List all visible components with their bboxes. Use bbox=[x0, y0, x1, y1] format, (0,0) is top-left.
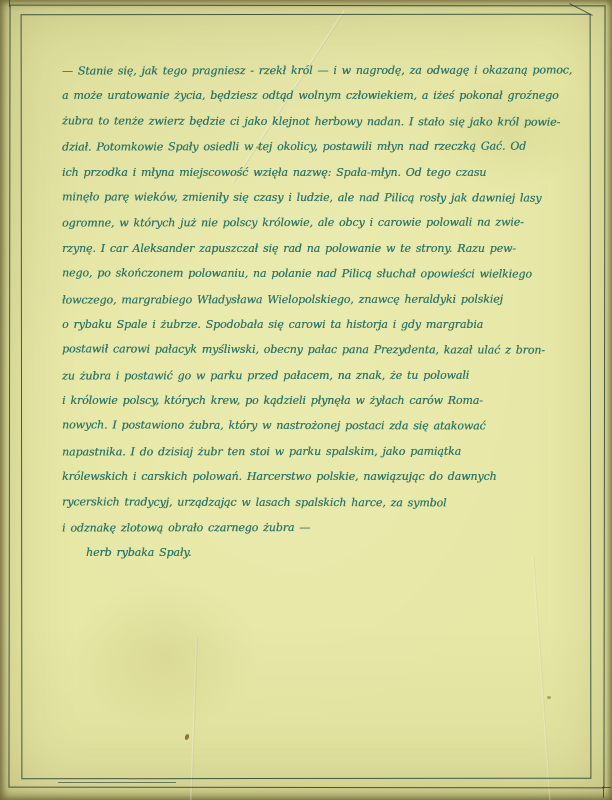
text-line: ogromne, w których już nie polscy królow… bbox=[62, 210, 564, 236]
text-line: herb rybaka Spały. bbox=[86, 540, 564, 565]
text-line: o rybaku Spale i żubrze. Spodobała się c… bbox=[62, 312, 564, 337]
text-line: a może uratowanie życia, będziesz odtąd … bbox=[62, 83, 564, 108]
border-double-stroke bbox=[58, 782, 176, 783]
text-line: postawił carowi pałacyk myśliwski, obecn… bbox=[62, 337, 564, 364]
text-line: rycerskich tradycyj, urządzając w lasach… bbox=[62, 489, 564, 516]
text-line: — Stanie się, jak tego pragniesz - rzekł… bbox=[62, 57, 564, 83]
text-line: żubra to tenże zwierz będzie ci jako kle… bbox=[62, 108, 564, 135]
text-line: ich przodka i młyna miejscowość wzięła n… bbox=[62, 160, 564, 185]
text-line: królewskich i carskich polowań. Harcerst… bbox=[62, 464, 564, 489]
manuscript-page-photo: — Stanie się, jak tego pragniesz - rzekł… bbox=[0, 0, 612, 800]
text-line: napastnika. I do dzisiaj żubr ten stoi w… bbox=[62, 438, 564, 464]
text-line: zu żubra i postawić go w parku przed pał… bbox=[62, 362, 564, 388]
paper-speck bbox=[547, 696, 551, 699]
text-line: rzynę. I car Aleksander zapuszczał się r… bbox=[62, 236, 564, 261]
text-line: nego, po skończonem polowaniu, na polani… bbox=[62, 260, 564, 287]
text-line: nowych. I postawiono żubra, który w nast… bbox=[62, 413, 564, 440]
border-overshoot-stroke bbox=[9, 0, 10, 7]
text-line: i odznakę zlotową obrało czarnego żubra … bbox=[62, 515, 564, 541]
text-line: i królowie polscy, których krew, po kądz… bbox=[62, 388, 564, 413]
text-line: dział. Potomkowie Spały osiedli w tej ok… bbox=[62, 134, 564, 160]
manuscript-text: — Stanie się, jak tego pragniesz - rzekł… bbox=[62, 58, 564, 566]
text-line: minęło parę wieków, zmieniły się czasy i… bbox=[62, 184, 564, 211]
text-line: łowczego, margrabiego Władysława Wielopo… bbox=[62, 286, 564, 312]
border-overshoot-stroke bbox=[602, 787, 611, 788]
